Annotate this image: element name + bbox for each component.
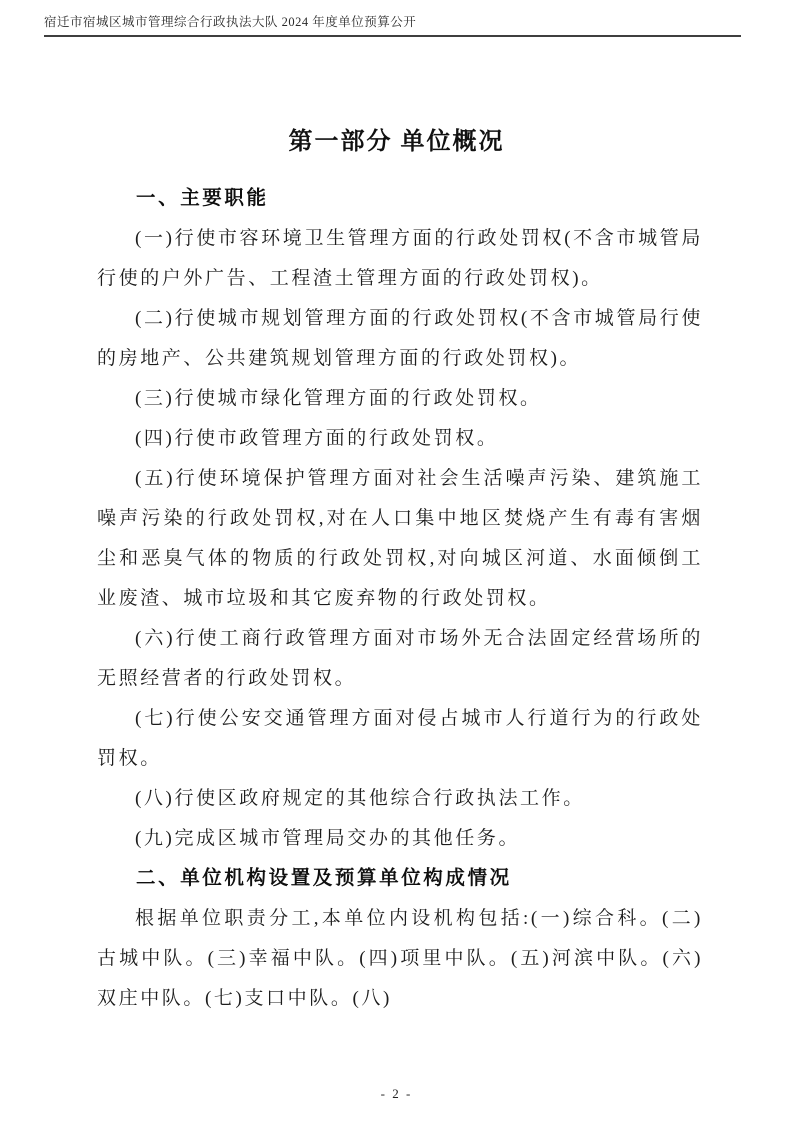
paragraph-duty-7: (七)行使公安交通管理方面对侵占城市人行道行为的行政处罚权。 — [97, 699, 703, 779]
paragraph-org-structure: 根据单位职责分工,本单位内设机构包括:(一)综合科。(二)古城中队。(三)幸福中… — [97, 899, 703, 1019]
page-number: - 2 - — [381, 1086, 413, 1101]
paragraph-duty-9: (九)完成区城市管理局交办的其他任务。 — [97, 819, 703, 859]
paragraph-duty-1: (一)行使市容环境卫生管理方面的行政处罚权(不含市城管局行使的户外广告、工程渣土… — [97, 219, 703, 299]
page-header: 宿迁市宿城区城市管理综合行政执法大队 2024 年度单位预算公开 — [44, 12, 741, 37]
paragraph-duty-4: (四)行使市政管理方面的行政处罚权。 — [97, 419, 703, 459]
paragraph-duty-8: (八)行使区政府规定的其他综合行政执法工作。 — [97, 779, 703, 819]
document-page: 宿迁市宿城区城市管理综合行政执法大队 2024 年度单位预算公开 第一部分 单位… — [0, 0, 793, 1122]
header-title: 宿迁市宿城区城市管理综合行政执法大队 2024 年度单位预算公开 — [44, 15, 416, 29]
paragraph-duty-6: (六)行使工商行政管理方面对市场外无合法固定经营场所的无照经营者的行政处罚权。 — [97, 619, 703, 699]
section-2-heading: 二、单位机构设置及预算单位构成情况 — [97, 859, 703, 899]
page-footer: - 2 - — [0, 1086, 793, 1102]
paragraph-duty-3: (三)行使城市绿化管理方面的行政处罚权。 — [97, 379, 703, 419]
document-title: 第一部分 单位概况 — [0, 121, 793, 156]
paragraph-duty-5: (五)行使环境保护管理方面对社会生活噪声污染、建筑施工噪声污染的行政处罚权,对在… — [97, 459, 703, 619]
document-body: 一、主要职能 (一)行使市容环境卫生管理方面的行政处罚权(不含市城管局行使的户外… — [97, 179, 703, 1019]
paragraph-duty-2: (二)行使城市规划管理方面的行政处罚权(不含市城管局行使的房地产、公共建筑规划管… — [97, 299, 703, 379]
section-1-heading: 一、主要职能 — [97, 179, 703, 219]
